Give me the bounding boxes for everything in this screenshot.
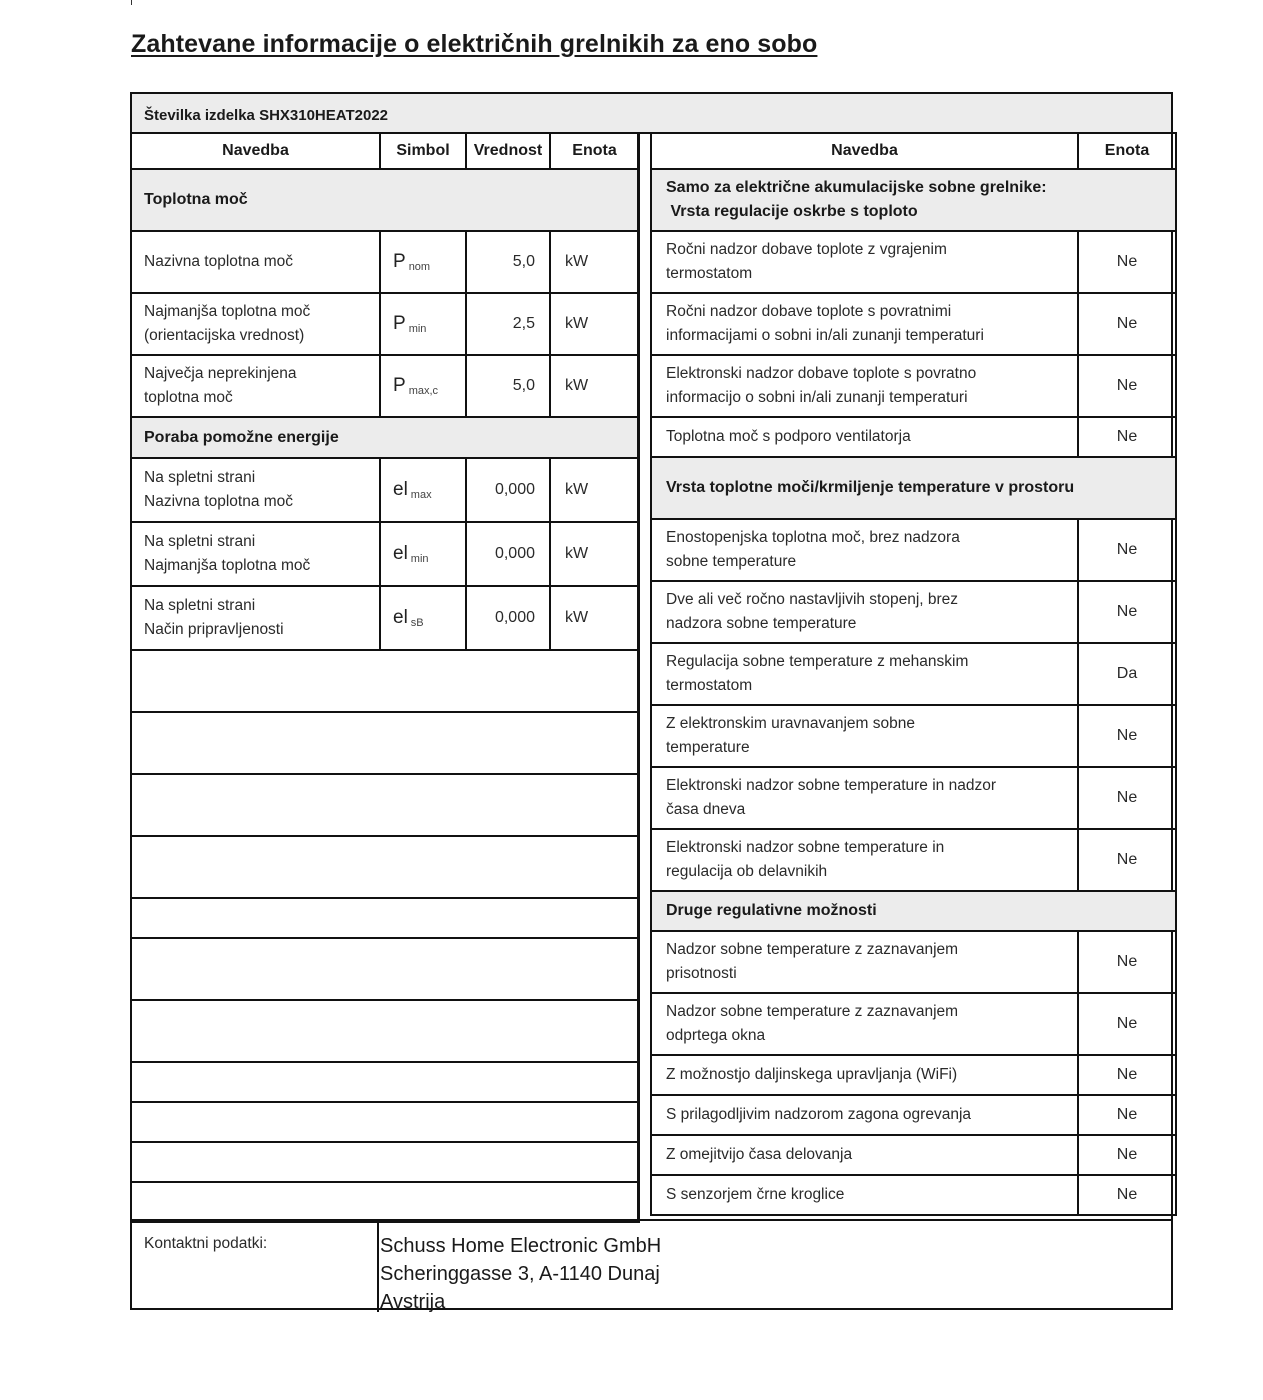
section-row: Poraba pomožne energije <box>131 417 639 458</box>
section-title: Poraba pomožne energije <box>131 417 639 458</box>
contact-address: Schuss Home Electronic GmbH Scheringgass… <box>380 1232 661 1316</box>
info-table-frame: Številka izdelka SHX310HEAT2022 Navedba … <box>130 92 1173 1310</box>
row-label-line: Najmanjša toplotna moč <box>144 554 379 578</box>
empty-row <box>131 712 639 774</box>
row-label-line: regulacija ob delavnikih <box>666 860 1077 884</box>
row-unit: kW <box>550 458 639 522</box>
contact-company: Schuss Home Electronic GmbH <box>380 1232 661 1260</box>
empty-cell <box>131 712 639 774</box>
section-title: Toplotna moč <box>131 169 639 231</box>
row-label-line: Ročni nadzor dobave toplote z vgrajenim <box>666 238 1077 262</box>
contact-street: Scheringgasse 3, A-1140 Dunaj <box>380 1260 661 1288</box>
row-label-line: Dve ali več ročno nastavljivih stopenj, … <box>666 588 1077 612</box>
header-vrednost: Vrednost <box>466 133 550 169</box>
contact-country: Avstrija <box>380 1288 661 1316</box>
symbol-main: P <box>393 375 406 396</box>
header-simbol: Simbol <box>380 133 466 169</box>
column-divider <box>637 132 639 1222</box>
empty-cell <box>131 898 639 938</box>
empty-row <box>131 774 639 836</box>
row-unit: kW <box>550 522 639 586</box>
row-value: Ne <box>1078 581 1176 643</box>
symbol-main: el <box>393 479 408 500</box>
empty-cell <box>131 938 639 1000</box>
header-enota-right: Enota <box>1078 133 1176 169</box>
row-value: 0,000 <box>466 458 550 522</box>
table-row: Enostopenjska toplotna moč, brez nadzora… <box>651 519 1176 581</box>
row-label-line: Najmanjša toplotna moč <box>144 300 379 324</box>
row-label: Nadzor sobne temperature z zaznavanjempr… <box>651 931 1078 993</box>
table-row: Z omejitvijo časa delovanjaNe <box>651 1135 1176 1175</box>
section-title: Samo za električne akumulacijske sobne g… <box>651 169 1176 231</box>
row-value: Ne <box>1078 293 1176 355</box>
row-label-line: informacijo o sobni in/ali zunanji tempe… <box>666 386 1077 410</box>
row-label-line: toplotna moč <box>144 386 379 410</box>
table-row: Ročni nadzor dobave toplote z vgrajenimt… <box>651 231 1176 293</box>
row-label-line: Z možnostjo daljinskega upravljanja (WiF… <box>666 1063 1077 1087</box>
row-value: Ne <box>1078 931 1176 993</box>
row-label: Z elektronskim uravnavanjem sobnetempera… <box>651 705 1078 767</box>
symbol-subscript: nom <box>409 261 430 273</box>
right-table: Navedba Enota Samo za električne akumula… <box>650 132 1177 1216</box>
row-label: Elektronski nadzor dobave toplote s povr… <box>651 355 1078 417</box>
row-label: Toplotna moč s podporo ventilatorja <box>651 417 1078 457</box>
table-row: Z elektronskim uravnavanjem sobnetempera… <box>651 705 1176 767</box>
row-symbol: Pmax,c <box>380 355 466 417</box>
table-row: S senzorjem črne krogliceNe <box>651 1175 1176 1215</box>
row-label-line: Nazivna toplotna moč <box>144 250 379 274</box>
symbol-subscript: min <box>411 553 429 565</box>
section-title: Druge regulativne možnosti <box>651 891 1176 931</box>
symbol-subscript: sB <box>411 617 424 629</box>
symbol-main: el <box>393 607 408 628</box>
table-row: Na spletni straniNajmanjša toplotna moče… <box>131 522 639 586</box>
empty-cell <box>131 836 639 898</box>
row-value: Ne <box>1078 231 1176 293</box>
row-label: Nazivna toplotna moč <box>131 231 380 293</box>
row-label: Nadzor sobne temperature z zaznavanjemod… <box>651 993 1078 1055</box>
symbol-main: el <box>393 543 408 564</box>
row-symbol: elmin <box>380 522 466 586</box>
left-table: Navedba Simbol Vrednost Enota Toplotna m… <box>130 132 640 1223</box>
row-unit: kW <box>550 586 639 650</box>
empty-cell <box>131 650 639 712</box>
symbol-main: P <box>393 251 406 272</box>
row-value: 5,0 <box>466 231 550 293</box>
row-label-line: Način pripravljenosti <box>144 618 379 642</box>
table-row: S prilagodljivim nadzorom zagona ogrevan… <box>651 1095 1176 1135</box>
row-symbol: Pmin <box>380 293 466 355</box>
empty-row <box>131 1102 639 1142</box>
row-symbol: elsB <box>380 586 466 650</box>
empty-row <box>131 1062 639 1102</box>
section-title-line: Samo za električne akumulacijske sobne g… <box>666 176 1175 200</box>
table-row: Na spletni straniNačin pripravljenostiel… <box>131 586 639 650</box>
row-label-line: Regulacija sobne temperature z mehanskim <box>666 650 1077 674</box>
section-row: Toplotna moč <box>131 169 639 231</box>
section-title: Vrsta toplotne moči/krmiljenje temperatu… <box>651 457 1176 519</box>
row-value: Da <box>1078 643 1176 705</box>
row-label-line: temperature <box>666 736 1077 760</box>
table-row: Ročni nadzor dobave toplote s povratnimi… <box>651 293 1176 355</box>
table-row: Toplotna moč s podporo ventilatorjaNe <box>651 417 1176 457</box>
row-value: Ne <box>1078 1175 1176 1215</box>
empty-cell <box>131 1102 639 1142</box>
row-label: Regulacija sobne temperature z mehanskim… <box>651 643 1078 705</box>
row-label-line: S senzorjem črne kroglice <box>666 1183 1077 1207</box>
row-label-line: Na spletni strani <box>144 594 379 618</box>
symbol-main: P <box>393 313 406 334</box>
row-value: Ne <box>1078 1055 1176 1095</box>
row-label-line: odprtega okna <box>666 1024 1077 1048</box>
row-label-line: nadzora sobne temperature <box>666 612 1077 636</box>
section-row: Druge regulativne možnosti <box>651 891 1176 931</box>
table-row: Nadzor sobne temperature z zaznavanjempr… <box>651 931 1176 993</box>
row-label-line: (orientacijska vrednost) <box>144 324 379 348</box>
row-label-line: Elektronski nadzor dobave toplote s povr… <box>666 362 1077 386</box>
row-label-line: Ročni nadzor dobave toplote s povratnimi <box>666 300 1077 324</box>
row-label-line: Na spletni strani <box>144 530 379 554</box>
header-navedba: Navedba <box>131 133 380 169</box>
row-label: S senzorjem črne kroglice <box>651 1175 1078 1215</box>
section-title-line: Vrsta toplotne moči/krmiljenje temperatu… <box>666 476 1175 500</box>
table-row: Elektronski nadzor sobne temperature in … <box>651 767 1176 829</box>
row-value: Ne <box>1078 1095 1176 1135</box>
row-symbol: elmax <box>380 458 466 522</box>
row-label: Ročni nadzor dobave toplote z vgrajenimt… <box>651 231 1078 293</box>
row-label-line: Toplotna moč s podporo ventilatorja <box>666 425 1077 449</box>
row-value: Ne <box>1078 767 1176 829</box>
row-label: Na spletni straniNazivna toplotna moč <box>131 458 380 522</box>
symbol-subscript: max,c <box>409 385 438 397</box>
row-value: Ne <box>1078 1135 1176 1175</box>
empty-row <box>131 898 639 938</box>
empty-cell <box>131 1182 639 1222</box>
row-label: Elektronski nadzor sobne temperature in … <box>651 767 1078 829</box>
row-label-line: Nadzor sobne temperature z zaznavanjem <box>666 938 1077 962</box>
empty-row <box>131 650 639 712</box>
row-label: Največja neprekinjenatoplotna moč <box>131 355 380 417</box>
empty-row <box>131 1000 639 1062</box>
symbol-subscript: max <box>411 489 432 501</box>
row-label: Dve ali več ročno nastavljivih stopenj, … <box>651 581 1078 643</box>
row-label-line: Z elektronskim uravnavanjem sobne <box>666 712 1077 736</box>
table-row: Elektronski nadzor sobne temperature inr… <box>651 829 1176 891</box>
row-label: Ročni nadzor dobave toplote s povratnimi… <box>651 293 1078 355</box>
row-label-line: termostatom <box>666 674 1077 698</box>
row-value: Ne <box>1078 417 1176 457</box>
row-label-line: Enostopenjska toplotna moč, brez nadzora <box>666 526 1077 550</box>
row-label-line: Na spletni strani <box>144 466 379 490</box>
section-title-line: Vrsta regulacije oskrbe s toploto <box>666 200 1175 224</box>
row-label: Z omejitvijo časa delovanja <box>651 1135 1078 1175</box>
header-enota: Enota <box>550 133 639 169</box>
row-label: Enostopenjska toplotna moč, brez nadzora… <box>651 519 1078 581</box>
row-label: Najmanjša toplotna moč(orientacijska vre… <box>131 293 380 355</box>
table-row: Regulacija sobne temperature z mehanskim… <box>651 643 1176 705</box>
row-value: Ne <box>1078 829 1176 891</box>
row-value: Ne <box>1078 993 1176 1055</box>
row-label: S prilagodljivim nadzorom zagona ogrevan… <box>651 1095 1078 1135</box>
empty-row <box>131 938 639 1000</box>
empty-cell <box>131 1142 639 1182</box>
table-row: Z možnostjo daljinskega upravljanja (WiF… <box>651 1055 1176 1095</box>
row-value: 5,0 <box>466 355 550 417</box>
product-number: Številka izdelka SHX310HEAT2022 <box>132 94 1171 134</box>
row-unit: kW <box>550 293 639 355</box>
section-row: Samo za električne akumulacijske sobne g… <box>651 169 1176 231</box>
row-unit: kW <box>550 355 639 417</box>
row-label-line: časa dneva <box>666 798 1077 822</box>
row-label-line: Nazivna toplotna moč <box>144 490 379 514</box>
row-label-line: Nadzor sobne temperature z zaznavanjem <box>666 1000 1077 1024</box>
table-row: Nazivna toplotna močPnom5,0kW <box>131 231 639 293</box>
empty-cell <box>131 1062 639 1102</box>
row-symbol: Pnom <box>380 231 466 293</box>
row-label-line: Največja neprekinjena <box>144 362 379 386</box>
contact-section: Kontaktni podatki: Schuss Home Electroni… <box>132 1219 1171 1312</box>
table-row: Elektronski nadzor dobave toplote s povr… <box>651 355 1176 417</box>
row-value: Ne <box>1078 355 1176 417</box>
row-value: Ne <box>1078 705 1176 767</box>
row-value: Ne <box>1078 519 1176 581</box>
table-row: Nadzor sobne temperature z zaznavanjemod… <box>651 993 1176 1055</box>
contact-label: Kontaktni podatki: <box>144 1235 267 1253</box>
header-navedba-right: Navedba <box>651 133 1078 169</box>
row-label: Z možnostjo daljinskega upravljanja (WiF… <box>651 1055 1078 1095</box>
row-label-line: S prilagodljivim nadzorom zagona ogrevan… <box>666 1103 1077 1127</box>
table-row: Na spletni straniNazivna toplotna močelm… <box>131 458 639 522</box>
empty-cell <box>131 774 639 836</box>
contact-divider <box>377 1221 379 1312</box>
table-row: Najmanjša toplotna moč(orientacijska vre… <box>131 293 639 355</box>
table-row: Dve ali več ročno nastavljivih stopenj, … <box>651 581 1176 643</box>
row-value: 0,000 <box>466 522 550 586</box>
row-label-line: termostatom <box>666 262 1077 286</box>
empty-row <box>131 1142 639 1182</box>
section-row: Vrsta toplotne moči/krmiljenje temperatu… <box>651 457 1176 519</box>
row-label-line: prisotnosti <box>666 962 1077 986</box>
section-title-line: Druge regulativne možnosti <box>666 899 1175 923</box>
row-value: 2,5 <box>466 293 550 355</box>
row-label-line: Elektronski nadzor sobne temperature in … <box>666 774 1077 798</box>
empty-cell <box>131 1000 639 1062</box>
row-label: Na spletni straniNajmanjša toplotna moč <box>131 522 380 586</box>
row-unit: kW <box>550 231 639 293</box>
table-row: Največja neprekinjenatoplotna močPmax,c5… <box>131 355 639 417</box>
document-title: Zahtevane informacije o električnih grel… <box>131 30 817 59</box>
row-label-line: Elektronski nadzor sobne temperature in <box>666 836 1077 860</box>
empty-row <box>131 1182 639 1222</box>
row-label-line: Z omejitvijo časa delovanja <box>666 1143 1077 1167</box>
empty-row <box>131 836 639 898</box>
corner-mark <box>131 0 132 5</box>
row-label-line: sobne temperature <box>666 550 1077 574</box>
row-value: 0,000 <box>466 586 550 650</box>
symbol-subscript: min <box>409 323 427 335</box>
row-label: Na spletni straniNačin pripravljenosti <box>131 586 380 650</box>
row-label-line: informacijami o sobni in/ali zunanji tem… <box>666 324 1077 348</box>
row-label: Elektronski nadzor sobne temperature inr… <box>651 829 1078 891</box>
